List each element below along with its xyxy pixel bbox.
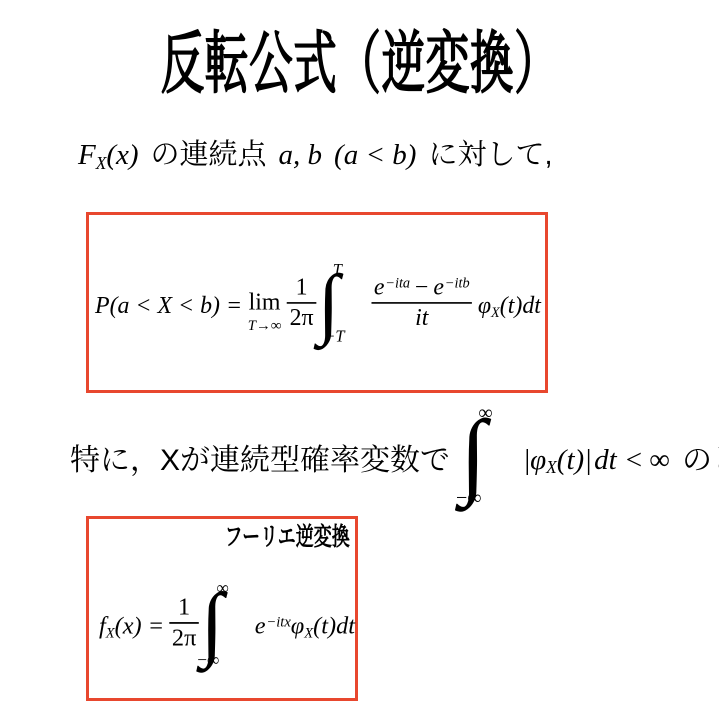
subscript-X: X — [304, 624, 313, 640]
condition-text-especially: 特に，Xが連続型確率変数で — [70, 435, 450, 479]
fraction-numerator: 1 — [175, 594, 192, 622]
title-row: 反転公式（逆変換） — [0, 28, 719, 101]
slide-title: 反転公式（逆変換） — [161, 28, 558, 101]
minus-sign: − — [415, 274, 428, 300]
integrand-fraction: e−ita−e−itb it — [371, 274, 472, 331]
integral-minus-inf-to-inf: ∫ ∞ −∞ — [460, 414, 486, 494]
density-formula: fX(x) = 1 2π ∫ ∞ −∞ e−itxφX(t)dt — [99, 562, 319, 683]
intro-line: FX(x) の連続点 a, b (a < b) に対して, — [78, 132, 553, 186]
fourier-inverse-label: フーリエ逆変換 — [225, 524, 350, 552]
phi-symbol: φ — [291, 613, 304, 640]
integral-upper-limit: ∞ — [217, 577, 229, 599]
math-finite-bound: < ∞ — [626, 444, 670, 476]
coefficient-fraction: 1 2π — [169, 594, 199, 652]
intro-text-for: に対して, — [428, 132, 552, 173]
exponent-itx: −itx — [266, 613, 290, 629]
lim-word: lim — [249, 291, 281, 315]
phi-symbol: φ — [478, 293, 491, 319]
fraction-denominator: 2π — [287, 302, 316, 331]
math-dt: dt — [594, 444, 617, 476]
math-f: f — [99, 613, 106, 640]
fraction-denominator: 2π — [169, 622, 199, 652]
inversion-formula: P(a < X < b) = lim T→∞ 1 2π ∫ T −T e−ita… — [95, 230, 464, 374]
math-condition-a-lt-b: (a < b) — [334, 139, 416, 172]
subscript-X: X — [96, 153, 107, 173]
math-absolute-integrand: |φX(t)|dt< ∞ — [524, 444, 670, 477]
math-arg-x: (x) — [106, 139, 138, 171]
exponent-ita: −ita — [385, 274, 410, 290]
subscript-X: X — [491, 304, 500, 320]
limit-operator: lim T→∞ — [248, 291, 282, 333]
math-integrand: e−itxφX(t)dt — [255, 611, 355, 641]
integral-upper-limit: T — [333, 260, 342, 281]
integral-lower-limit: −T — [324, 326, 344, 347]
lim-subscript: T→∞ — [248, 318, 282, 333]
integral-minus-T-to-T: ∫ T −T — [318, 270, 340, 336]
math-points-ab: a, b — [279, 139, 323, 172]
math-distribution-function: FX(x) — [78, 139, 139, 172]
math-e2: e — [433, 274, 444, 300]
integral-upper-limit: ∞ — [478, 402, 492, 425]
math-F: F — [78, 139, 96, 171]
fraction-numerator: 1 — [293, 274, 310, 302]
coefficient-fraction: 1 2π — [287, 274, 316, 331]
condition-line: 特に，Xが連続型確率変数で ∫ ∞ −∞ |φX(t)|dt< ∞ のとき, — [70, 398, 715, 510]
math-t-dt: (t)dt — [500, 293, 541, 319]
integral-minus-inf-to-inf: ∫ ∞ −∞ — [201, 588, 224, 657]
math-t-abs-close: (t)| — [557, 444, 592, 476]
math-x-equals: (x) = — [115, 613, 164, 640]
math-t-dt: (t)dt — [313, 613, 355, 640]
fourier-inverse-box: フーリエ逆変換 fX(x) = 1 2π ∫ ∞ −∞ e−itxφX(t)dt — [86, 516, 358, 701]
phi-symbol: φ — [530, 444, 546, 476]
subscript-X: X — [546, 457, 557, 477]
integral-lower-limit: −∞ — [456, 487, 482, 510]
inversion-formula-box: P(a < X < b) = lim T→∞ 1 2π ∫ T −T e−ita… — [86, 212, 548, 393]
math-density-lhs: fX(x) = — [99, 611, 164, 641]
exponent-itb: −itb — [445, 274, 470, 290]
math-e: e — [255, 613, 266, 640]
slide-canvas: 反転公式（逆変換） FX(x) の連続点 a, b (a < b) に対して, … — [0, 0, 719, 719]
integrand-numerator: e−ita−e−itb — [371, 274, 472, 302]
math-probability-lhs: P(a < X < b) = — [95, 291, 242, 321]
math-characteristic-function: φX(t)dt — [478, 291, 541, 321]
integral-lower-limit: −∞ — [197, 649, 219, 671]
intro-text-continuity: の連続点 — [151, 132, 267, 173]
integrand-denominator: it — [371, 302, 472, 331]
subscript-X: X — [106, 624, 115, 640]
math-e1: e — [374, 274, 385, 300]
condition-text-when: のとき, — [682, 435, 719, 479]
integral-sign: ∫ — [460, 414, 486, 494]
